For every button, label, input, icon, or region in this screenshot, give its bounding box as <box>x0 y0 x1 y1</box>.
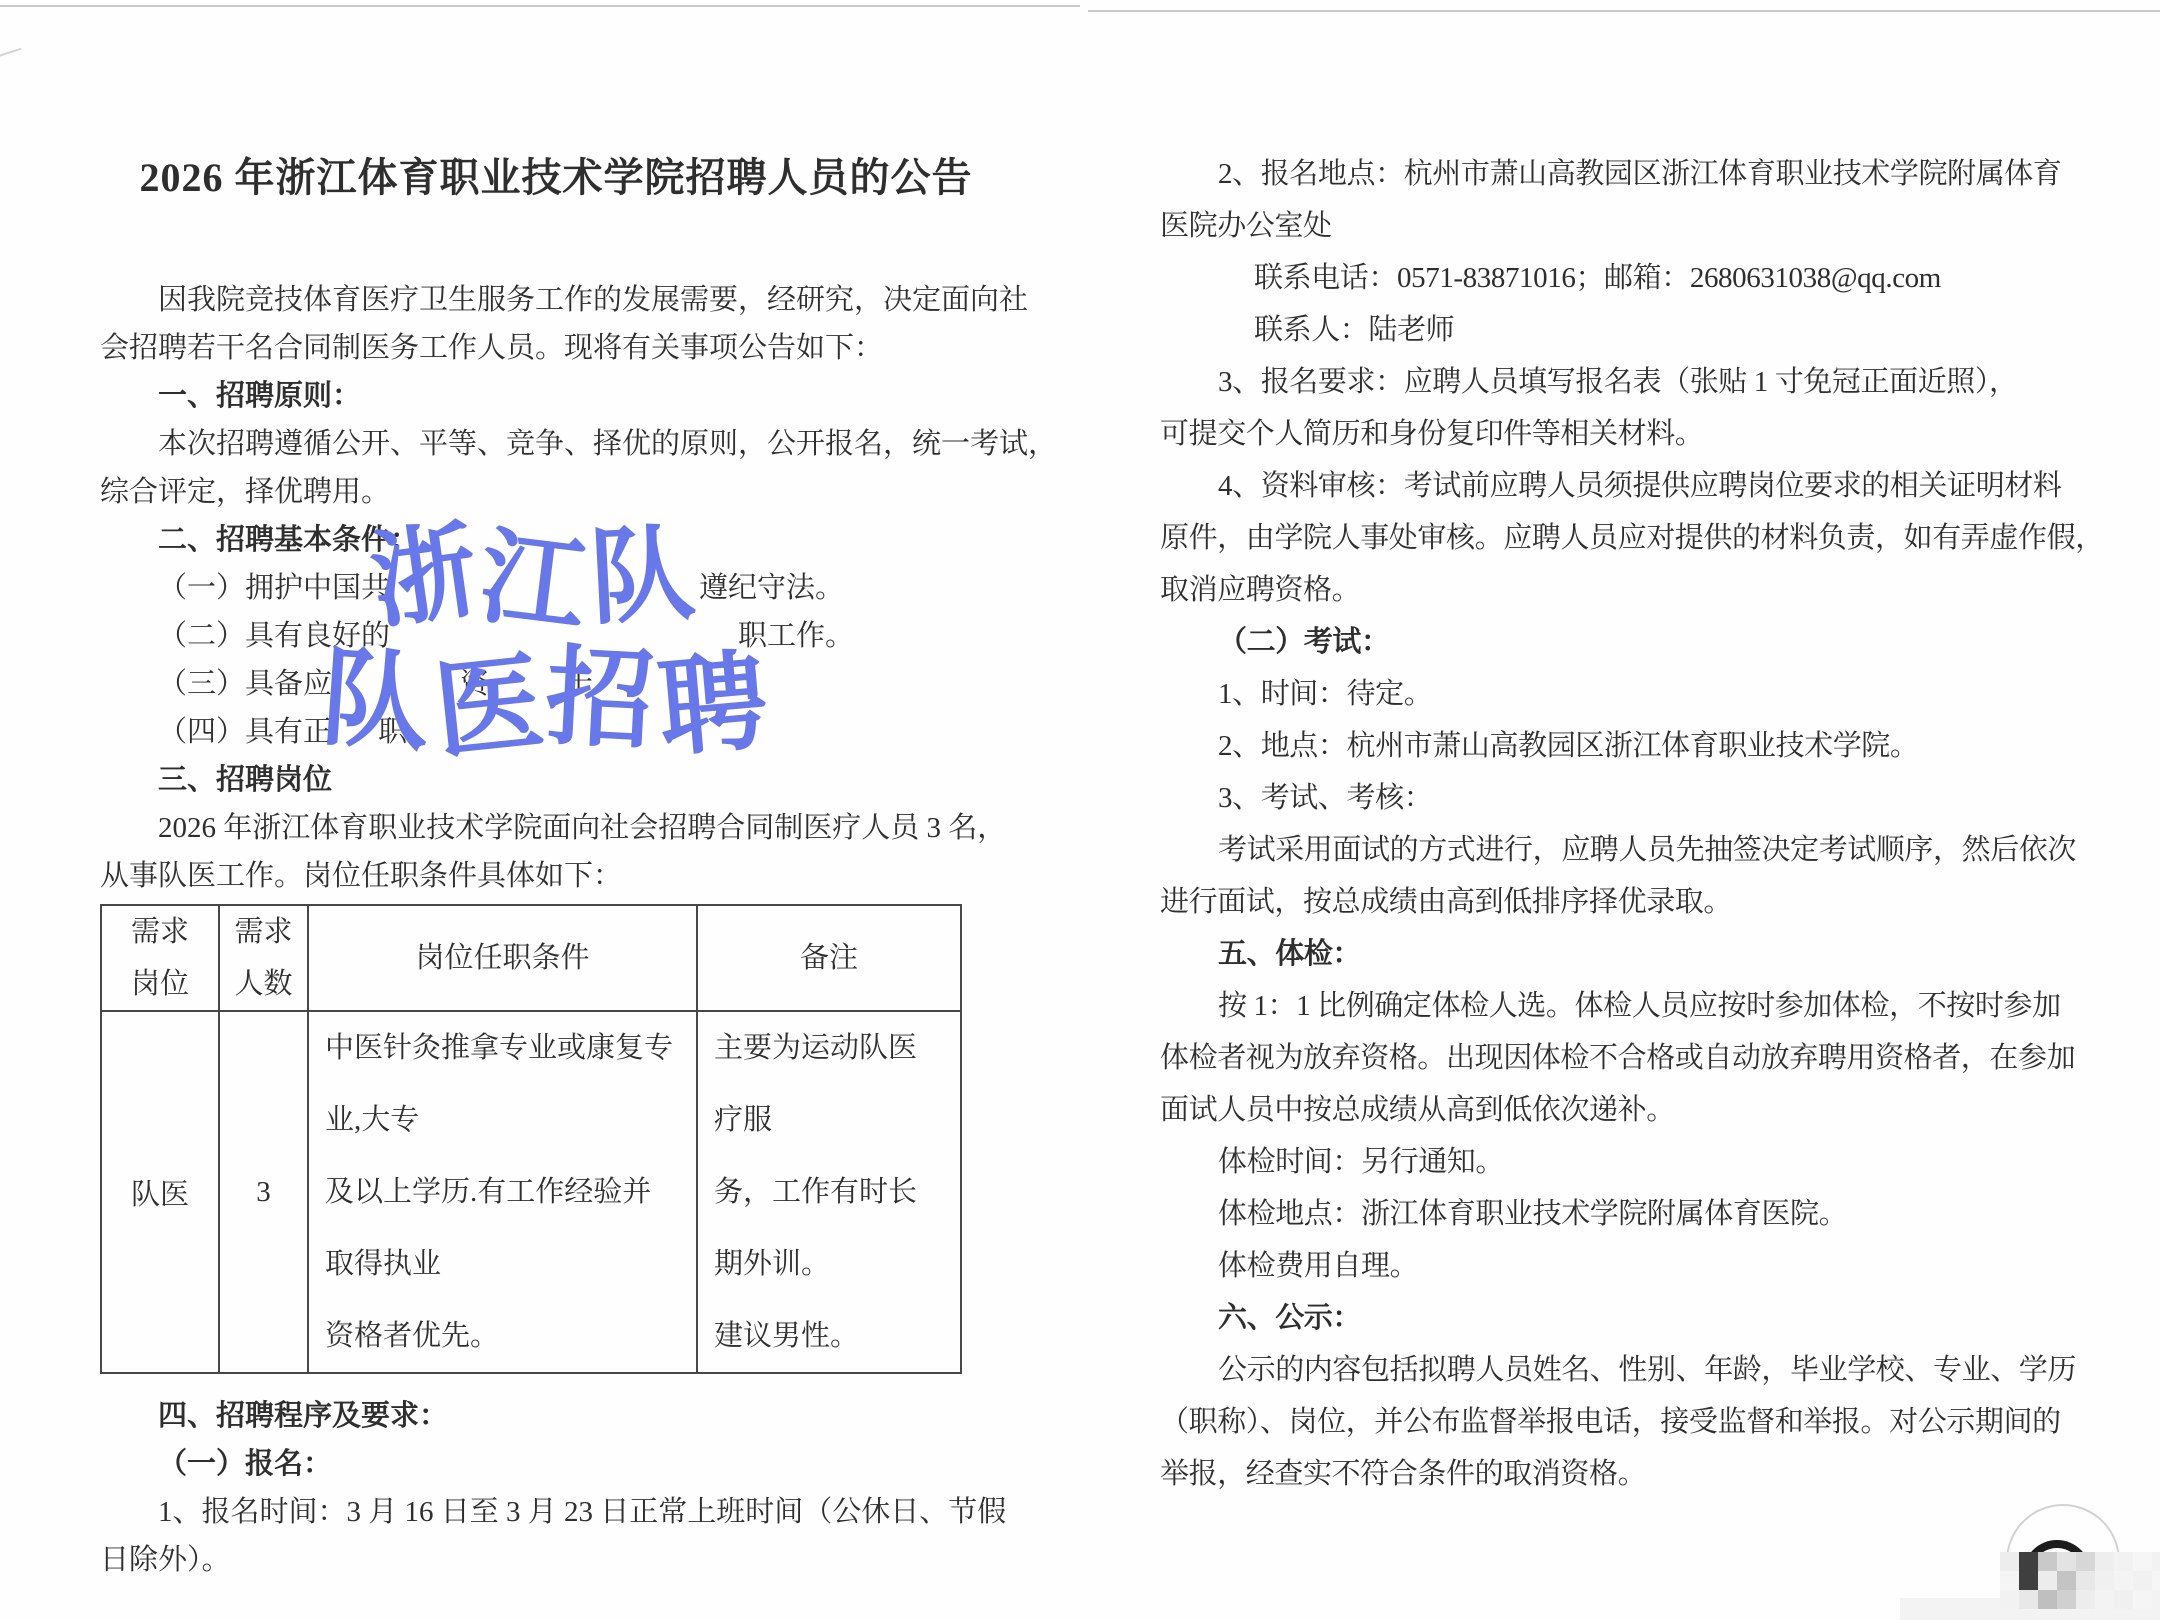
text-fragment: 日除外）。 <box>100 1544 231 1576</box>
text-line: 2、报名地点：杭州市萧山高教园区浙江体育职业技术学院附属体育 <box>1160 148 2084 200</box>
watermark-char: 浙 <box>365 515 484 639</box>
text-line: 可提交个人简历和身份复印件等相关材料。 <box>1160 408 2084 460</box>
watermark-char: 医 <box>429 645 548 769</box>
mosaic-cell <box>2152 1552 2160 1571</box>
text-fragment: 联系电话：0571-83871016；邮箱：2680631038@qq.com <box>1254 262 1941 294</box>
text-fragment: 4、资料审核：考试前应聘人员须提供应聘岗位要求的相关证明材料 <box>1218 470 2062 502</box>
document-canvas: 2026 年浙江体育职业技术学院招聘人员的公告 因我院竞技体育医疗卫生服务工作的… <box>0 0 2160 1620</box>
text-line: 原件，由学院人事处审核。应聘人员应对提供的材料负责，如有弄虚作假， <box>1160 512 2084 564</box>
text-line: 体检地点：浙江体育职业技术学院附属体育医院。 <box>1160 1188 2084 1240</box>
text-line: 综合评定，择优聘用。 <box>100 468 1012 516</box>
section-heading-line: （二）考试： <box>1160 616 2084 668</box>
mosaic-cell <box>2019 1552 2038 1571</box>
text-line: 考试采用面试的方式进行，应聘人员先抽签决定考试顺序，然后依次 <box>1160 824 2084 876</box>
page-right: 2、报名地点：杭州市萧山高教园区浙江体育职业技术学院附属体育医院办公室处联系电话… <box>1160 0 2084 1500</box>
text-line: 公示的内容包括拟聘人员姓名、性别、年龄，毕业学校、专业、学历 <box>1160 1344 2084 1396</box>
mosaic-cell <box>2057 1571 2076 1590</box>
text-fragment: 医院办公室处 <box>1160 210 1332 242</box>
text-line: 1、报名时间：3 月 16 日至 3 月 23 日正常上班时间（公休日、节假 <box>100 1488 1012 1536</box>
page-left: 2026 年浙江体育职业技术学院招聘人员的公告 因我院竞技体育医疗卫生服务工作的… <box>100 0 1012 1584</box>
text-line: 医院办公室处 <box>1160 200 2084 252</box>
text-fragment: 2、报名地点：杭州市萧山高教园区浙江体育职业技术学院附属体育 <box>1218 158 2062 190</box>
mosaic-cell <box>2000 1552 2019 1571</box>
text-fragment: 考试采用面试的方式进行，应聘人员先抽签决定考试顺序，然后依次 <box>1218 834 2076 866</box>
text-line: 因我院竞技体育医疗卫生服务工作的发展需要，经研究，决定面向社 <box>100 276 1012 324</box>
watermark-overlay: 浙江队 队医招聘 <box>300 522 768 756</box>
mosaic-cell <box>2095 1552 2114 1571</box>
text-fragment: 按 1：1 比例确定体检人选。体检人员应按时参加体检，不按时参加 <box>1218 990 2061 1022</box>
table-row: 队医 3 中医针灸推拿专业或康复专业,大专 及以上学历.有工作经验并取得执业 资… <box>101 1011 961 1373</box>
text-fragment: 取消应聘资格。 <box>1160 574 1360 606</box>
mosaic-cell <box>2038 1590 2057 1609</box>
table-header-cell: 备注 <box>697 905 961 1011</box>
text-fragment: 1、时间：待定。 <box>1218 678 1432 710</box>
mosaic-cell <box>2019 1590 2038 1609</box>
mosaic-cell <box>2095 1571 2114 1590</box>
text-line: 从事队医工作。岗位任职条件具体如下： <box>100 852 1012 900</box>
watermark-char: 队 <box>587 519 698 635</box>
mosaic-cell <box>2133 1571 2152 1590</box>
table-header-cell: 岗位任职条件 <box>308 905 697 1011</box>
section-heading-line: 六、公示： <box>1160 1292 2084 1344</box>
text-fragment: 从事队医工作。岗位任职条件具体如下： <box>100 860 622 892</box>
section-heading-line: 一、招聘原则： <box>100 372 1012 420</box>
text-line: 日除外）。 <box>100 1536 1012 1584</box>
text-fragment: 面试人员中按总成绩从高到低依次递补。 <box>1160 1094 1675 1126</box>
watermark-line-1: 浙江队 <box>370 522 768 632</box>
text-fragment: 可提交个人简历和身份复印件等相关材料。 <box>1160 418 1703 450</box>
text-line: 按 1：1 比例确定体检人选。体检人员应按时参加体检，不按时参加 <box>1160 980 2084 1032</box>
text-fragment: 2026 年浙江体育职业技术学院面向社会招聘合同制医疗人员 3 名， <box>158 812 1006 844</box>
mosaic-cell <box>2057 1590 2076 1609</box>
mosaic-cell <box>2114 1552 2133 1571</box>
text-line: 取消应聘资格。 <box>1160 564 2084 616</box>
text-line: 2、地点：杭州市萧山高教园区浙江体育职业技术学院。 <box>1160 720 2084 772</box>
text-fragment: 3、报名要求：应聘人员填写报名表（张贴 1 寸免冠正面近照）， <box>1218 366 2018 398</box>
mosaic-cell <box>2076 1552 2095 1571</box>
watermark-line-2: 队医招聘 <box>320 642 768 755</box>
mosaic-cell <box>2019 1571 2038 1590</box>
text-fragment: 三、招聘岗位 <box>158 764 332 796</box>
table-header-cell: 需求 岗位 <box>101 905 219 1011</box>
text-fragment: （职称）、岗位，并公布监督举报电话，接受监督和举报。对公示期间的 <box>1160 1406 2061 1438</box>
text-fragment: 进行面试，按总成绩由高到低排序择优录取。 <box>1160 886 1732 918</box>
text-fragment: 四、招聘程序及要求： <box>158 1400 448 1432</box>
text-line: 体检费用自理。 <box>1160 1240 2084 1292</box>
mosaic-cell <box>2095 1590 2114 1609</box>
text-fragment: 3、考试、考核： <box>1218 782 1432 814</box>
text-line: 进行面试，按总成绩由高到低排序择优录取。 <box>1160 876 2084 928</box>
page-right-body: 2、报名地点：杭州市萧山高教园区浙江体育职业技术学院附属体育医院办公室处联系电话… <box>1160 148 2084 1500</box>
text-line: 1、时间：待定。 <box>1160 668 2084 720</box>
mosaic-cell <box>2076 1571 2095 1590</box>
mosaic-cell <box>2152 1590 2160 1609</box>
text-line: 体检时间：另行通知。 <box>1160 1136 2084 1188</box>
text-fragment: 一、招聘原则： <box>158 380 361 412</box>
text-line: 联系电话：0571-83871016；邮箱：2680631038@qq.com <box>1160 252 2084 304</box>
page-title: 2026 年浙江体育职业技术学院招聘人员的公告 <box>100 150 1012 206</box>
recruitment-table: 需求 岗位需求 人数岗位任职条件备注 队医 3 中医针灸推拿专业或康复专业,大专… <box>100 904 962 1374</box>
text-fragment: （一）报名： <box>158 1448 332 1480</box>
table-cell-count: 3 <box>219 1011 308 1373</box>
text-line: 体检者视为放弃资格。出现因体检不合格或自动放弃聘用资格者，在参加 <box>1160 1032 2084 1084</box>
watermark-char: 江 <box>474 522 592 644</box>
mosaic-cell <box>2114 1590 2133 1609</box>
mosaic-cell <box>2057 1552 2076 1571</box>
table-header-row: 需求 岗位需求 人数岗位任职条件备注 <box>101 905 961 1011</box>
text-fragment: 体检地点：浙江体育职业技术学院附属体育医院。 <box>1218 1198 1847 1230</box>
text-line: 2026 年浙江体育职业技术学院面向社会招聘合同制医疗人员 3 名， <box>100 804 1012 852</box>
text-fragment: 体检时间：另行通知。 <box>1218 1146 1504 1178</box>
table-header-cell: 需求 人数 <box>219 905 308 1011</box>
text-fragment: 综合评定，择优聘用。 <box>100 476 390 508</box>
text-fragment: 公示的内容包括拟聘人员姓名、性别、年龄，毕业学校、专业、学历 <box>1218 1354 2076 1386</box>
mosaic-cell <box>2133 1590 2152 1609</box>
text-fragment: 联系人：陆老师 <box>1254 314 1454 346</box>
mosaic-cell <box>2114 1571 2133 1590</box>
mosaic-cell <box>2152 1571 2160 1590</box>
text-fragment: 体检者视为放弃资格。出现因体检不合格或自动放弃聘用资格者，在参加 <box>1160 1042 2075 1074</box>
section-heading-line: 四、招聘程序及要求： <box>100 1392 1012 1440</box>
table-cell-requirements: 中医针灸推拿专业或康复专业,大专 及以上学历.有工作经验并取得执业 资格者优先。 <box>308 1011 697 1373</box>
mosaic-cell <box>2076 1590 2095 1609</box>
text-fragment: 六、公示： <box>1218 1302 1361 1334</box>
watermark-char: 队 <box>318 641 434 762</box>
watermark-char: 聘 <box>654 644 771 766</box>
section-heading-line: 五、体检： <box>1160 928 2084 980</box>
page-left-body-bottom: 四、招聘程序及要求：（一）报名：1、报名时间：3 月 16 日至 3 月 23 … <box>100 1392 1012 1584</box>
text-fragment: 2、地点：杭州市萧山高教园区浙江体育职业技术学院。 <box>1218 730 1919 762</box>
text-fragment: 举报，经查实不符合条件的取消资格。 <box>1160 1458 1646 1490</box>
avatar-mosaic <box>2000 1552 2160 1609</box>
scan-artifact-line <box>0 48 22 59</box>
text-line: 会招聘若干名合同制医务工作人员。现将有关事项公告如下： <box>100 324 1012 372</box>
mosaic-cell <box>2000 1590 2019 1609</box>
mosaic-cell <box>2133 1552 2152 1571</box>
text-fragment: 五、体检： <box>1218 938 1361 970</box>
text-line: 本次招聘遵循公开、平等、竞争、择优的原则，公开报名，统一考试， <box>100 420 1012 468</box>
section-heading-line: （一）报名： <box>100 1440 1012 1488</box>
text-line: 举报，经查实不符合条件的取消资格。 <box>1160 1448 2084 1500</box>
table-cell-position: 队医 <box>101 1011 219 1373</box>
text-fragment: 体检费用自理。 <box>1218 1250 1418 1282</box>
text-fragment: 本次招聘遵循公开、平等、竞争、择优的原则，公开报名，统一考试， <box>158 428 1057 460</box>
mosaic-cell <box>2038 1571 2057 1590</box>
text-fragment: 因我院竞技体育医疗卫生服务工作的发展需要，经研究，决定面向社 <box>158 284 1028 316</box>
text-line: 联系人：陆老师 <box>1160 304 2084 356</box>
text-fragment: （二）考试： <box>1218 626 1390 658</box>
section-heading-line: 三、招聘岗位 <box>100 756 1012 804</box>
table-cell-remark: 主要为运动队医疗服 务，工作有时长期外训。 建议男性。 <box>697 1011 961 1373</box>
text-line: 面试人员中按总成绩从高到低依次递补。 <box>1160 1084 2084 1136</box>
text-line: 3、报名要求：应聘人员填写报名表（张贴 1 寸免冠正面近照）， <box>1160 356 2084 408</box>
watermark-char: 招 <box>543 640 657 759</box>
text-fragment: 1、报名时间：3 月 16 日至 3 月 23 日正常上班时间（公休日、节假 <box>158 1496 1006 1528</box>
text-line: （职称）、岗位，并公布监督举报电话，接受监督和举报。对公示期间的 <box>1160 1396 2084 1448</box>
text-line: 3、考试、考核： <box>1160 772 2084 824</box>
mosaic-cell <box>2000 1571 2019 1590</box>
text-fragment: 原件，由学院人事处审核。应聘人员应对提供的材料负责，如有弄虚作假， <box>1160 522 2104 554</box>
mosaic-cell <box>2038 1552 2057 1571</box>
text-fragment: 会招聘若干名合同制医务工作人员。现将有关事项公告如下： <box>100 332 883 364</box>
text-line: 4、资料审核：考试前应聘人员须提供应聘岗位要求的相关证明材料 <box>1160 460 2084 512</box>
